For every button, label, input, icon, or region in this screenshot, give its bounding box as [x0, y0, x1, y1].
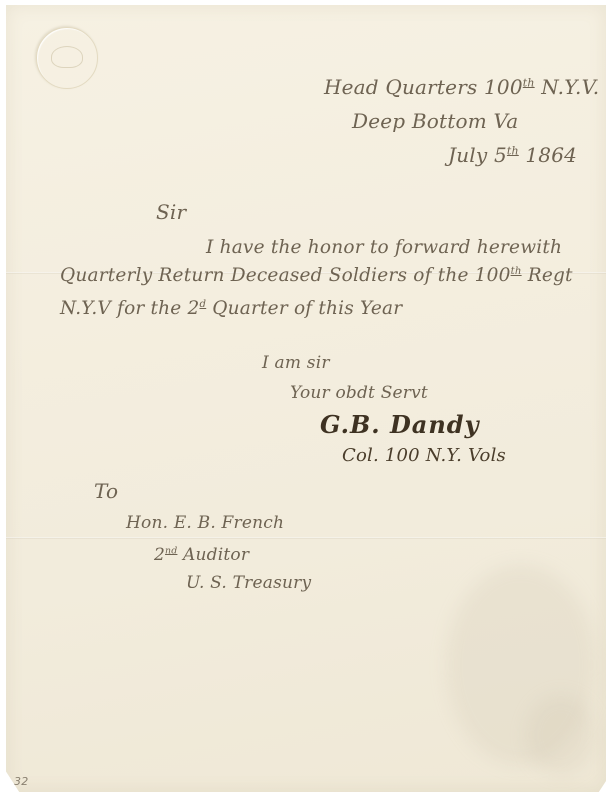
body-line-1: I have the honor to forward herewith	[206, 237, 562, 258]
recipient-label: To	[94, 479, 118, 503]
fold-line-lower	[6, 537, 606, 539]
heading-line-2: Deep Bottom Va	[352, 109, 518, 133]
salutation: Sir	[156, 200, 186, 224]
recipient-office: 2nd Auditor	[154, 545, 249, 565]
heading-date: July 5th 1864	[448, 143, 577, 167]
pencil-page-note: 32	[14, 775, 28, 788]
signature: G.B. Dandy	[320, 410, 480, 439]
signature-title: Col. 100 N.Y. Vols	[342, 445, 506, 466]
body-line-3: N.Y.V for the 2d Quarter of this Year	[60, 298, 402, 319]
closing-line-1: I am sir	[262, 353, 330, 373]
embossed-seal-icon	[36, 27, 98, 89]
heading-line-1: Head Quarters 100th N.Y.V.	[324, 75, 599, 99]
closing-line-2: Your obdt Servt	[290, 383, 428, 403]
letter-paper: Head Quarters 100th N.Y.V. Deep Bottom V…	[6, 5, 606, 792]
recipient-name: Hon. E. B. French	[126, 513, 284, 533]
body-line-2: Quarterly Return Deceased Soldiers of th…	[60, 265, 573, 286]
recipient-department: U. S. Treasury	[186, 573, 311, 593]
paper-stain	[526, 695, 596, 775]
